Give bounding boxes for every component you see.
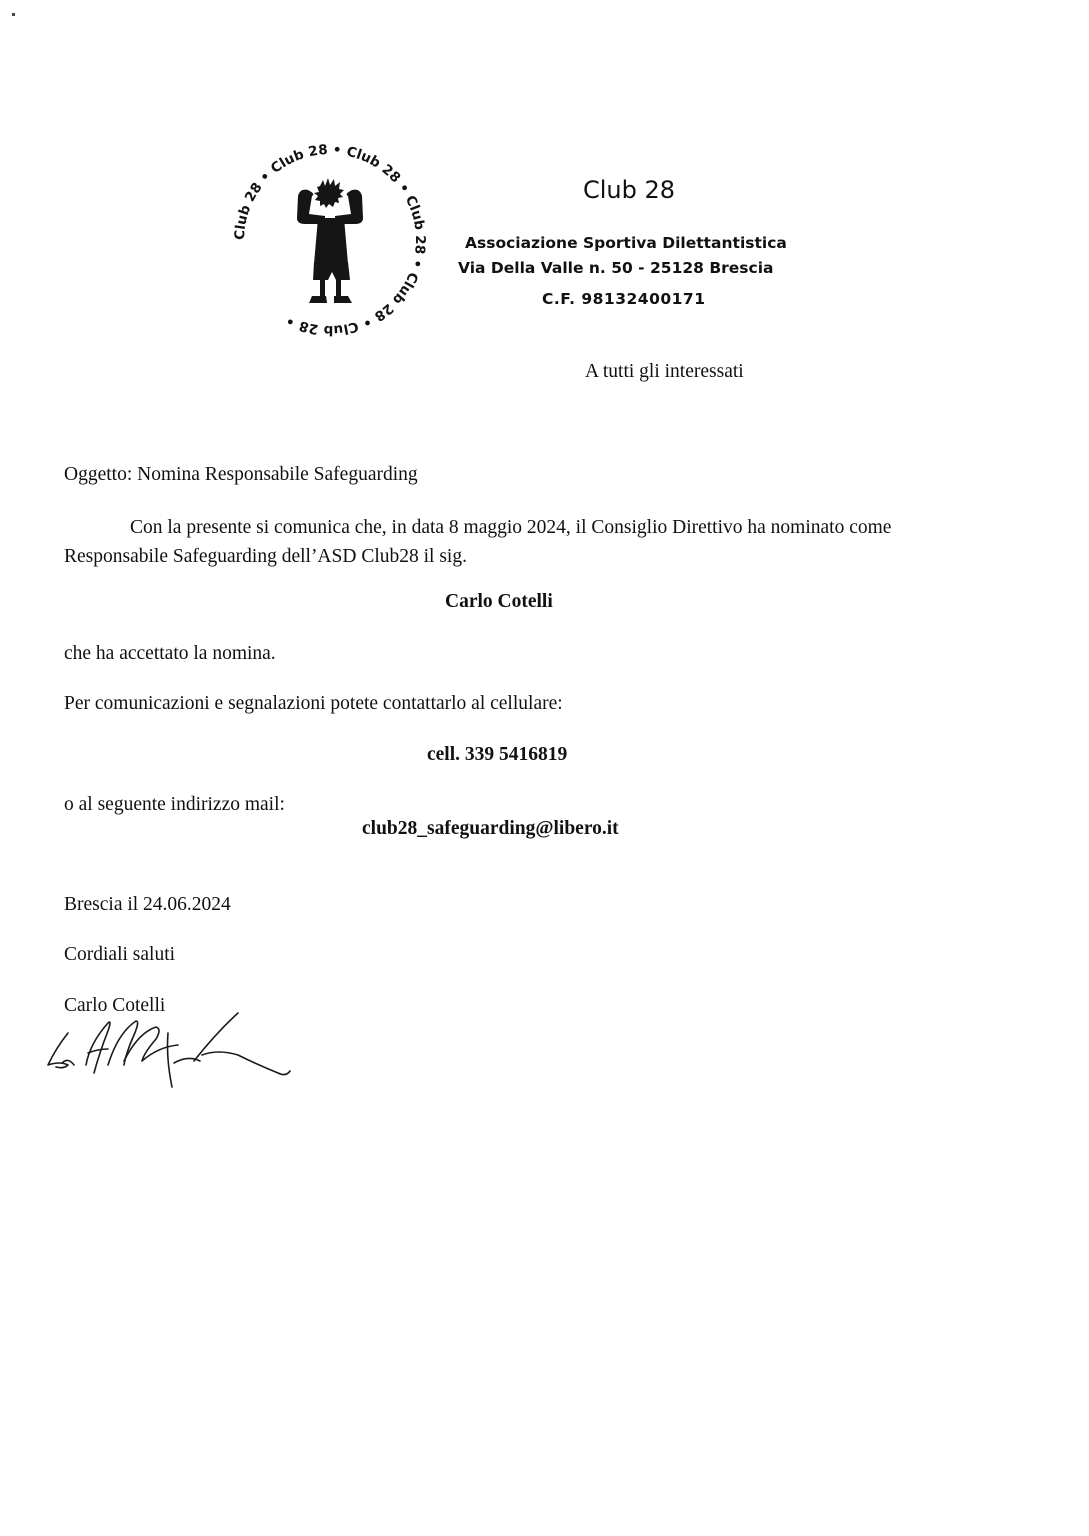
contact-intro: Per comunicazioni e segnalazioni potete … [64,693,563,715]
body-paragraph: Con la presente si comunica che, in data… [64,513,954,571]
association-type: Associazione Sportiva Dilettantistica [465,234,787,252]
greeting: Cordiali saluti [64,944,175,966]
flexing-boy-icon [297,178,363,303]
tax-code: C.F. 98132400171 [542,290,706,308]
club28-logo-icon: Club 28 • Club 28 • Club 28 • Club 28 • … [228,138,432,342]
appointee-name: Carlo Cotelli [445,591,553,613]
place-date: Brescia il 24.06.2024 [64,894,231,916]
email-address[interactable]: club28_safeguarding@libero.it [362,818,619,840]
handwritten-signature-icon [38,1003,298,1093]
club-address: Via Della Valle n. 50 - 25128 Brescia [458,259,774,277]
mail-intro: o al seguente indirizzo mail: [64,794,285,816]
scan-speck [12,13,15,16]
acceptance-line: che ha accettato la nomina. [64,643,276,665]
recipient-line: A tutti gli interessati [585,361,744,383]
phone-number: cell. 339 5416819 [427,744,567,766]
subject-line: Oggetto: Nomina Responsabile Safeguardin… [64,464,418,486]
club-name: Club 28 [583,176,675,204]
